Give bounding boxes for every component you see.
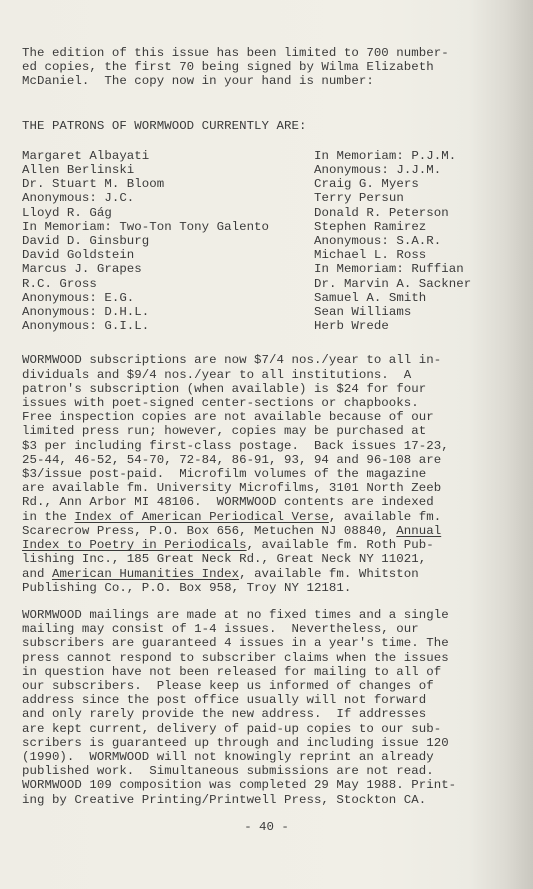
text-line: WORMWOOD 109 composition was completed 2…: [22, 778, 502, 792]
patron-name: Herb Wrede: [314, 319, 471, 333]
patrons-list: Margaret AlbayatiAllen BerlinskiDr. Stua…: [22, 149, 502, 334]
text-line: mailing may consist of 1-4 issues. Never…: [22, 622, 502, 636]
index-title: Index to Poetry in Periodicals: [22, 538, 247, 552]
text-line: and American Humanities Index, available…: [22, 567, 502, 581]
patron-name: Anonymous: J.J.M.: [314, 163, 471, 177]
text-line: McDaniel. The copy now in your hand is n…: [22, 74, 502, 88]
text-segment: WORMWOOD subscriptions are now $7/4 nos.…: [22, 353, 441, 367]
text-segment: limited press run; however, copies may b…: [22, 424, 426, 438]
patron-name: Dr. Stuart M. Bloom: [22, 177, 314, 191]
text-segment: 25-44, 46-52, 54-70, 72-84, 86-91, 93, 9…: [22, 453, 441, 467]
text-segment: and: [22, 567, 52, 581]
text-line: patron's subscription (when available) i…: [22, 382, 502, 396]
text-line: are kept current, delivery of paid-up co…: [22, 722, 502, 736]
text-segment: Free inspection copies are not available…: [22, 410, 434, 424]
patrons-heading: THE PATRONS OF WORMWOOD CURRENTLY ARE:: [22, 119, 502, 133]
page-number: - 40 -: [0, 820, 533, 834]
text-line: Scarecrow Press, P.O. Box 656, Metuchen …: [22, 524, 502, 538]
patron-name: Anonymous: D.H.L.: [22, 305, 314, 319]
text-line: The edition of this issue has been limit…: [22, 46, 502, 60]
text-line: dividuals and $9/4 nos./year to all inst…: [22, 368, 502, 382]
text-line: scribers is guaranteed up through and in…: [22, 736, 502, 750]
text-line: Publishing Co., P.O. Box 958, Troy NY 12…: [22, 581, 502, 595]
index-title: American Humanities Index: [52, 567, 239, 581]
patrons-column-right: In Memoriam: P.J.M.Anonymous: J.J.M.Crai…: [314, 149, 471, 334]
patron-name: David Goldstein: [22, 248, 314, 262]
patron-name: Allen Berlinski: [22, 163, 314, 177]
text-line: in question have not been released for m…: [22, 665, 502, 679]
patron-name: Sean Williams: [314, 305, 471, 319]
text-line: press cannot respond to subscriber claim…: [22, 651, 502, 665]
text-line: $3 per including first-class postage. Ba…: [22, 439, 502, 453]
text-line: Rd., Ann Arbor MI 48106. WORMWOOD conten…: [22, 495, 502, 509]
patron-name: David D. Ginsburg: [22, 234, 314, 248]
patron-name: Michael L. Ross: [314, 248, 471, 262]
patron-name: Anonymous: J.C.: [22, 191, 314, 205]
text-segment: , available fm.: [329, 510, 441, 524]
text-line: (1990). WORMWOOD will not knowingly repr…: [22, 750, 502, 764]
patron-name: Terry Persun: [314, 191, 471, 205]
text-segment: , available fm. Whitston: [239, 567, 419, 581]
text-line: 25-44, 46-52, 54-70, 72-84, 86-91, 93, 9…: [22, 453, 502, 467]
text-line: ing by Creative Printing/Printwell Press…: [22, 793, 502, 807]
text-segment: are available fm. University Microfilms,…: [22, 481, 441, 495]
text-line: and only rarely provide the new address.…: [22, 707, 502, 721]
patron-name: Craig G. Myers: [314, 177, 471, 191]
text-line: Free inspection copies are not available…: [22, 410, 502, 424]
text-line: lishing Inc., 185 Great Neck Rd., Great …: [22, 552, 502, 566]
patron-name: Samuel A. Smith: [314, 291, 471, 305]
patron-name: Lloyd R. Gág: [22, 206, 314, 220]
patron-name: In Memoriam: Two-Ton Tony Galento: [22, 220, 314, 234]
text-segment: $3/issue post-paid. Microfilm volumes of…: [22, 467, 426, 481]
patron-name: Anonymous: G.I.L.: [22, 319, 314, 333]
patron-name: Marcus J. Grapes: [22, 262, 314, 276]
text-segment: lishing Inc., 185 Great Neck Rd., Great …: [22, 552, 426, 566]
text-segment: Publishing Co., P.O. Box 958, Troy NY 12…: [22, 581, 351, 595]
text-line: in the Index of American Periodical Vers…: [22, 510, 502, 524]
patron-name: In Memoriam: P.J.M.: [314, 149, 471, 163]
text-line: published work. Simultaneous submissions…: [22, 764, 502, 778]
index-title: Index of American Periodical Verse: [74, 510, 329, 524]
text-line: ed copies, the first 70 being signed by …: [22, 60, 502, 74]
text-line: subscribers are guaranteed 4 issues in a…: [22, 636, 502, 650]
patron-name: R.C. Gross: [22, 277, 314, 291]
text-segment: , available fm. Roth Pub-: [247, 538, 434, 552]
patron-name: Margaret Albayati: [22, 149, 314, 163]
text-segment: Rd., Ann Arbor MI 48106. WORMWOOD conten…: [22, 495, 434, 509]
subscriptions-paragraph: WORMWOOD subscriptions are now $7/4 nos.…: [22, 353, 502, 594]
document-page: The edition of this issue has been limit…: [22, 46, 502, 820]
text-line: our subscribers. Please keep us informed…: [22, 679, 502, 693]
patrons-column-left: Margaret AlbayatiAllen BerlinskiDr. Stua…: [22, 149, 314, 334]
text-segment: dividuals and $9/4 nos./year to all inst…: [22, 368, 411, 382]
patron-name: Anonymous: S.A.R.: [314, 234, 471, 248]
text-line: limited press run; however, copies may b…: [22, 424, 502, 438]
text-segment: $3 per including first-class postage. Ba…: [22, 439, 449, 453]
patron-name: Anonymous: E.G.: [22, 291, 314, 305]
edition-notice: The edition of this issue has been limit…: [22, 46, 502, 89]
patron-name: Stephen Ramirez: [314, 220, 471, 234]
text-line: WORMWOOD subscriptions are now $7/4 nos.…: [22, 353, 502, 367]
text-segment: Scarecrow Press, P.O. Box 656, Metuchen …: [22, 524, 396, 538]
patron-name: Dr. Marvin A. Sackner: [314, 277, 471, 291]
text-line: $3/issue post-paid. Microfilm volumes of…: [22, 467, 502, 481]
index-title: Annual: [396, 524, 441, 538]
mailings-paragraph: WORMWOOD mailings are made at no fixed t…: [22, 608, 502, 807]
text-segment: issues with poet-signed center-sections …: [22, 396, 419, 410]
text-line: issues with poet-signed center-sections …: [22, 396, 502, 410]
text-line: Index to Poetry in Periodicals, availabl…: [22, 538, 502, 552]
text-line: are available fm. University Microfilms,…: [22, 481, 502, 495]
text-line: WORMWOOD mailings are made at no fixed t…: [22, 608, 502, 622]
text-segment: in the: [22, 510, 74, 524]
patron-name: In Memoriam: Ruffian: [314, 262, 471, 276]
text-line: address since the post office usually wi…: [22, 693, 502, 707]
text-segment: patron's subscription (when available) i…: [22, 382, 426, 396]
patron-name: Donald R. Peterson: [314, 206, 471, 220]
